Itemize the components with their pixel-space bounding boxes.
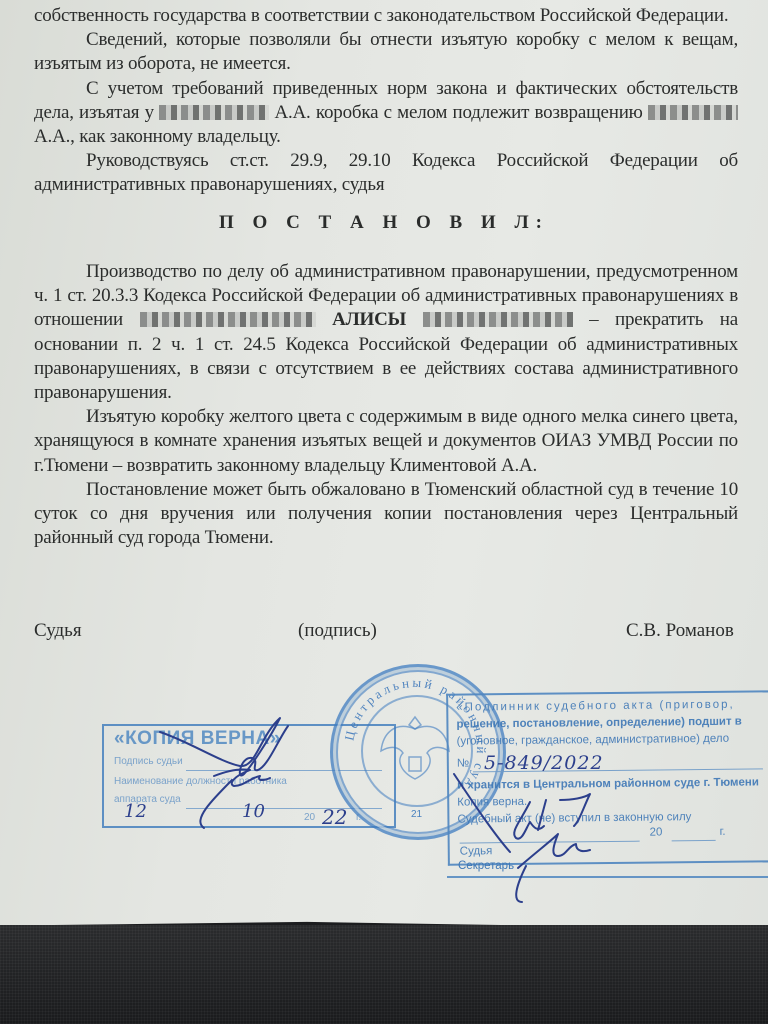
- stamp-secretary-label: Секретарь: [458, 860, 514, 872]
- stamp-title: «КОПИЯ ВЕРНА»: [114, 728, 281, 750]
- signature-placeholder: (подпись): [298, 620, 377, 642]
- stamp-judge-signature-label: Подпись судьи: [114, 756, 183, 767]
- stamp-year-prefix: 20: [304, 812, 315, 823]
- stamp-judge-label: Судья: [460, 845, 493, 857]
- paragraph-termination: Производство по делу об административном…: [34, 260, 738, 405]
- body-text-resolution: Производство по делу об административном…: [34, 260, 738, 550]
- person-name-bold: АЛИСЫ: [332, 309, 406, 330]
- stamp-position-label: Наименование должности работника: [114, 776, 287, 787]
- background-fabric: [0, 925, 768, 1024]
- paragraph-continuation: собственность государства в соответствии…: [34, 4, 738, 28]
- resolution-heading: П О С Т А Н О В И Л:: [0, 212, 768, 234]
- redacted-surname: [140, 312, 316, 327]
- paragraph-legal-basis: Руководствуясь ст.ст. 29.9, 29.10 Кодекс…: [34, 149, 738, 197]
- body-text-top: собственность государства в соответствии…: [34, 4, 738, 198]
- stamp-rule: [672, 840, 716, 841]
- paragraph-text: А.А. коробка с мелом подлежит возвращени…: [274, 102, 642, 123]
- paragraph-text: А.А., как законному владельцу.: [34, 126, 281, 147]
- seal-number: 21: [411, 809, 422, 820]
- stamp-line: решение, постановление, определение) под…: [456, 716, 742, 731]
- paragraph-items-status: Сведений, которые позволяли бы отнести и…: [34, 28, 738, 76]
- stamp-case-label: №: [457, 757, 469, 769]
- judge-name: С.В. Романов: [626, 620, 734, 642]
- redacted-surname: [648, 105, 738, 120]
- paragraph-return-items: С учетом требований приведенных норм зак…: [34, 77, 738, 150]
- document-page: собственность государства в соответствии…: [0, 0, 768, 935]
- redacted-surname: [159, 105, 269, 120]
- original-act-stamp: «Подлинник судебного акта (приговор, реш…: [446, 690, 768, 865]
- stamp-rule: [460, 841, 640, 844]
- stamp-line: и хранится в Центральном районном суде г…: [457, 776, 759, 791]
- judge-label: Судья: [34, 620, 82, 642]
- paragraph-return-box: Изъятую коробку желтого цвета с содержим…: [34, 405, 738, 478]
- paragraph-appeal: Постановление может быть обжаловано в Тю…: [34, 478, 738, 551]
- stamp-bottom-border: [447, 876, 768, 878]
- stamp-line: Судебный акт (не) вступил в законную сил…: [457, 811, 691, 825]
- stamp-line: «Подлинник судебного акта (приговор,: [456, 699, 735, 714]
- handwritten-month: 10: [242, 801, 265, 822]
- stamp-year-prefix: 20: [650, 826, 663, 838]
- handwritten-day: 12: [124, 801, 147, 822]
- stamp-year-suffix: г.: [720, 826, 726, 838]
- handwritten-case-number: 5-849/2022: [484, 752, 604, 774]
- stamp-line: (уголовное, гражданское, административно…: [457, 733, 730, 748]
- stamp-line: Копия верна.: [457, 796, 527, 809]
- redacted-patronymic: [423, 312, 573, 327]
